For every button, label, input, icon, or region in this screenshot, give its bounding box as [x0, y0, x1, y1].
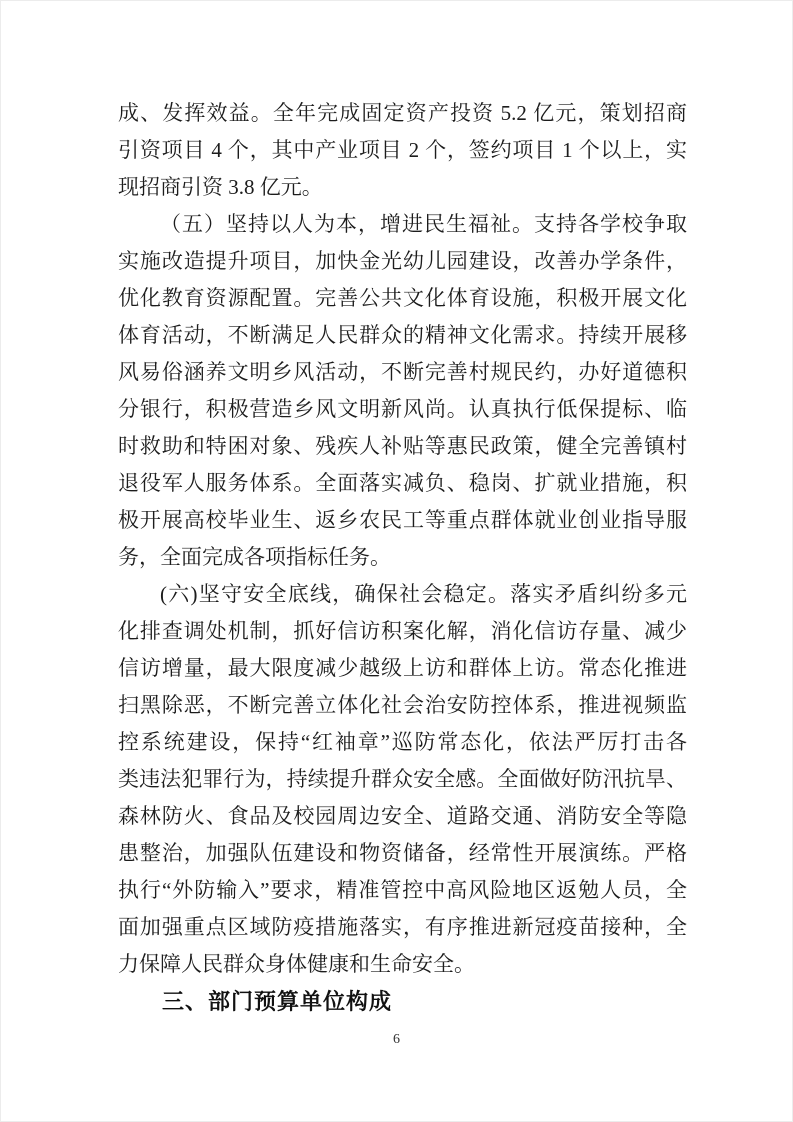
text-line: 力保障人民群众身体健康和生命安全。	[118, 946, 687, 983]
text-line: 风易俗涵养文明乡风活动，不断完善村规民约，办好道德积	[118, 354, 687, 391]
text-line: 化排查调处机制，抓好信访积案化解，消化信访存量、减少	[118, 613, 687, 650]
text-line: 体育活动，不断满足人民群众的精神文化需求。持续开展移	[118, 317, 687, 354]
paragraph-continuation: 成、发挥效益。全年完成固定资产投资 5.2 亿元，策划招商 引资项目 4 个，其…	[118, 95, 687, 206]
page-number: 6	[0, 1032, 793, 1048]
text-line: 实施改造提升项目，加快金光幼儿园建设，改善办学条件，	[118, 243, 687, 280]
text-line: 面加强重点区域防疫措施落实，有序推进新冠疫苗接种，全	[118, 909, 687, 946]
paragraph-item-6: (六)坚守安全底线，确保社会稳定。落实矛盾纠纷多元 化排查调处机制，抓好信访积案…	[118, 576, 687, 983]
text-line: 扫黑除恶，不断完善立体化社会治安防控体系，推进视频监	[118, 687, 687, 724]
document-page: 成、发挥效益。全年完成固定资产投资 5.2 亿元，策划招商 引资项目 4 个，其…	[0, 0, 793, 1122]
text-line: 务，全面完成各项指标任务。	[118, 539, 687, 576]
text-line: 引资项目 4 个，其中产业项目 2 个，签约项目 1 个以上，实	[118, 132, 687, 169]
section-heading: 三、部门预算单位构成	[118, 983, 687, 1020]
text-line: 优化教育资源配置。完善公共文化体育设施，积极开展文化	[118, 280, 687, 317]
text-line: 执行“外防输入”要求，精准管控中高风险地区返勉人员，全	[118, 872, 687, 909]
text-line: 现招商引资 3.8 亿元。	[118, 169, 687, 206]
text-line: （五）坚持以人为本，增进民生福祉。支持各学校争取	[118, 206, 687, 243]
text-line: 森林防火、食品及校园周边安全、道路交通、消防安全等隐	[118, 798, 687, 835]
paragraph-item-5: （五）坚持以人为本，增进民生福祉。支持各学校争取 实施改造提升项目，加快金光幼儿…	[118, 206, 687, 576]
document-body: 成、发挥效益。全年完成固定资产投资 5.2 亿元，策划招商 引资项目 4 个，其…	[118, 95, 687, 1020]
text-line: 分银行，积极营造乡风文明新风尚。认真执行低保提标、临	[118, 391, 687, 428]
text-line: 时救助和特困对象、残疾人补贴等惠民政策，健全完善镇村	[118, 428, 687, 465]
text-line: 信访增量，最大限度减少越级上访和群体上访。常态化推进	[118, 650, 687, 687]
text-line: 退役军人服务体系。全面落实减负、稳岗、扩就业措施，积	[118, 465, 687, 502]
text-line: 类违法犯罪行为，持续提升群众安全感。全面做好防汛抗旱、	[118, 761, 687, 798]
text-line: 极开展高校毕业生、返乡农民工等重点群体就业创业指导服	[118, 502, 687, 539]
text-line: 患整治，加强队伍建设和物资储备，经常性开展演练。严格	[118, 835, 687, 872]
text-line: (六)坚守安全底线，确保社会稳定。落实矛盾纠纷多元	[118, 576, 687, 613]
text-line: 控系统建设，保持“红袖章”巡防常态化，依法严厉打击各	[118, 724, 687, 761]
text-line: 成、发挥效益。全年完成固定资产投资 5.2 亿元，策划招商	[118, 95, 687, 132]
